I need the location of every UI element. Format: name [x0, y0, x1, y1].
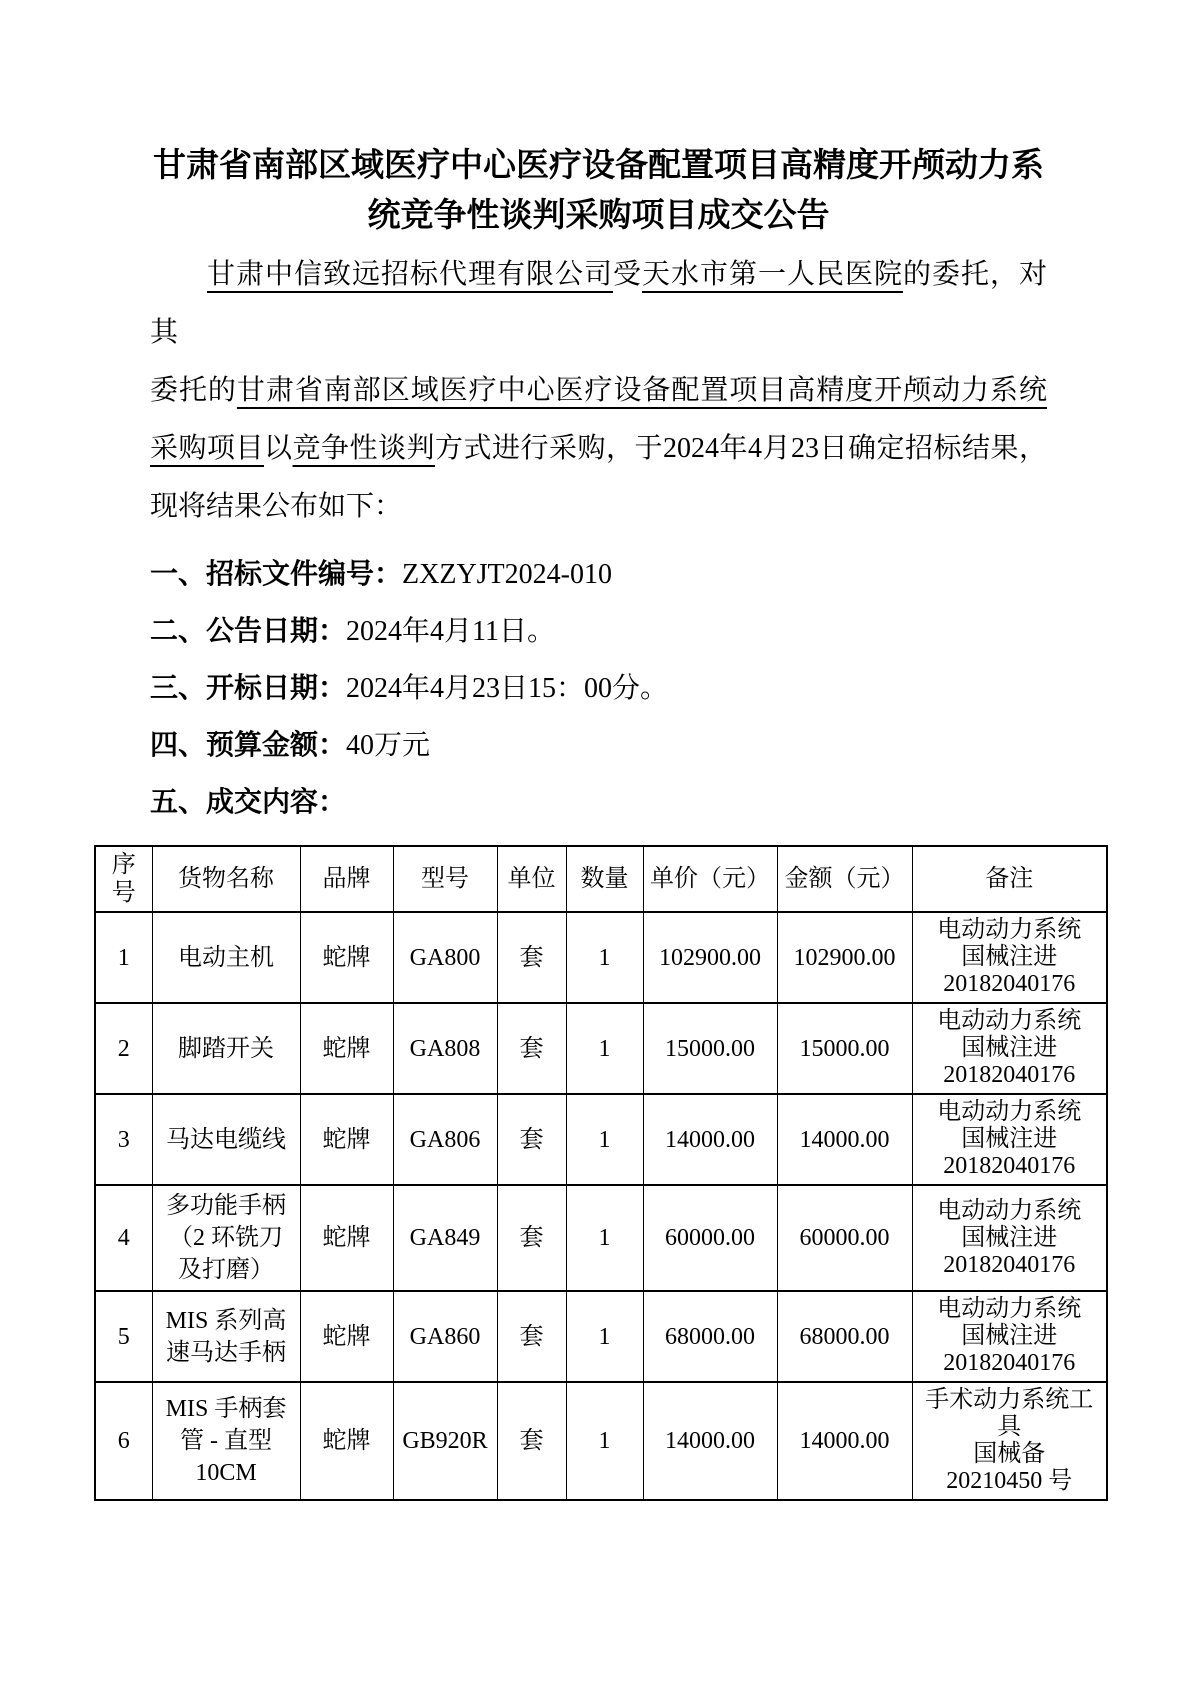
column-header-seq: 序 号	[95, 846, 152, 912]
cell-seq: 4	[95, 1185, 152, 1291]
underlined-text: 采购项目	[150, 433, 264, 464]
plain-text: 委托的	[150, 375, 237, 406]
table-row: 5MIS 系列高 速马达手柄蛇牌GA860套168000.0068000.00电…	[95, 1291, 1107, 1382]
section-value: ZXZYJT2024-010	[402, 559, 612, 590]
cell-unit-price: 60000.00	[643, 1185, 777, 1291]
column-header-brand: 品牌	[300, 846, 393, 912]
cell-unit-price: 14000.00	[643, 1094, 777, 1185]
title-line-2: 统竞争性谈判采购项目成交公告	[150, 190, 1047, 240]
cell-model: GA849	[393, 1185, 497, 1291]
section-label: 一、招标文件编号：	[150, 558, 402, 589]
cell-model: GA800	[393, 912, 497, 1003]
cell-brand: 蛇牌	[300, 1003, 393, 1094]
column-header-remarks: 备注	[912, 846, 1107, 912]
underlined-text: 甘肃省南部区域医疗中心医疗设备配置项目高精度开颅动力系统	[237, 375, 1047, 406]
cell-item-name: 脚踏开关	[152, 1003, 300, 1094]
cell-model: GA860	[393, 1291, 497, 1382]
table-body: 1电动主机蛇牌GA800套1102900.00102900.00电动动力系统 国…	[95, 912, 1107, 1500]
cell-unit: 套	[497, 1291, 566, 1382]
cell-seq: 6	[95, 1382, 152, 1500]
cell-unit: 套	[497, 912, 566, 1003]
cell-amount: 102900.00	[777, 912, 912, 1003]
section-award-content: 五、成交内容：	[150, 764, 1191, 821]
section-label: 三、开标日期：	[150, 672, 346, 703]
cell-quantity: 1	[566, 1003, 643, 1094]
cell-item-name: 电动主机	[152, 912, 300, 1003]
sections: 一、招标文件编号：ZXZYJT2024-010 二、公告日期：2024年4月11…	[150, 536, 1191, 821]
cell-item-name: MIS 手柄套 管 - 直型 10CM	[152, 1382, 300, 1500]
table-header-row: 序 号货物名称品牌型号单位数量单价（元）金额（元）备注	[95, 846, 1107, 912]
intro-line-1: 甘肃中信致远招标代理有限公司受天水市第一人民医院的委托，对其	[150, 246, 1047, 362]
cell-brand: 蛇牌	[300, 912, 393, 1003]
table-row: 4多功能手柄 （2 环铣刀 及打磨）蛇牌GA849套160000.0060000…	[95, 1185, 1107, 1291]
cell-unit: 套	[497, 1382, 566, 1500]
column-header-unit: 单位	[497, 846, 566, 912]
underlined-text: 竞争性谈判	[293, 433, 436, 464]
column-header-item-name: 货物名称	[152, 846, 300, 912]
cell-amount: 15000.00	[777, 1003, 912, 1094]
title-line-1: 甘肃省南部区域医疗中心医疗设备配置项目高精度开颅动力系	[150, 140, 1047, 190]
cell-amount: 14000.00	[777, 1382, 912, 1500]
intro-paragraph: 甘肃中信致远招标代理有限公司受天水市第一人民医院的委托，对其委托的甘肃省南部区域…	[150, 246, 1047, 536]
section-bid-opening-date: 三、开标日期：2024年4月23日15：00分。	[150, 650, 1191, 707]
cell-seq: 2	[95, 1003, 152, 1094]
plain-text: 受	[613, 259, 642, 290]
table-row: 1电动主机蛇牌GA800套1102900.00102900.00电动动力系统 国…	[95, 912, 1107, 1003]
cell-model: GB920R	[393, 1382, 497, 1500]
cell-brand: 蛇牌	[300, 1382, 393, 1500]
intro-line-2: 委托的甘肃省南部区域医疗中心医疗设备配置项目高精度开颅动力系统	[150, 362, 1047, 420]
section-value: 2024年4月11日。	[346, 616, 555, 647]
cell-brand: 蛇牌	[300, 1094, 393, 1185]
cell-amount: 14000.00	[777, 1094, 912, 1185]
cell-brand: 蛇牌	[300, 1291, 393, 1382]
cell-quantity: 1	[566, 1185, 643, 1291]
cell-amount: 68000.00	[777, 1291, 912, 1382]
document-page: 甘肃省南部区域医疗中心医疗设备配置项目高精度开颅动力系 统竞争性谈判采购项目成交…	[0, 0, 1191, 1684]
cell-unit-price: 14000.00	[643, 1382, 777, 1500]
plain-text: 以	[264, 433, 293, 464]
cell-remarks: 手术动力系统工 具 国械备 20210450 号	[912, 1382, 1107, 1500]
section-label: 四、预算金额：	[150, 729, 346, 760]
cell-quantity: 1	[566, 1291, 643, 1382]
award-table: 序 号货物名称品牌型号单位数量单价（元）金额（元）备注 1电动主机蛇牌GA800…	[94, 845, 1108, 1501]
section-label: 五、成交内容：	[150, 786, 346, 817]
document-title: 甘肃省南部区域医疗中心医疗设备配置项目高精度开颅动力系 统竞争性谈判采购项目成交…	[150, 140, 1047, 240]
section-budget-amount: 四、预算金额：40万元	[150, 707, 1191, 764]
cell-unit: 套	[497, 1185, 566, 1291]
section-announcement-date: 二、公告日期：2024年4月11日。	[150, 593, 1191, 650]
cell-seq: 3	[95, 1094, 152, 1185]
column-header-model: 型号	[393, 846, 497, 912]
cell-brand: 蛇牌	[300, 1185, 393, 1291]
plain-text: 方式进行采购，于2024年4月23日确定招标结果，	[435, 433, 1047, 464]
cell-unit: 套	[497, 1003, 566, 1094]
cell-seq: 5	[95, 1291, 152, 1382]
cell-quantity: 1	[566, 1382, 643, 1500]
cell-unit-price: 15000.00	[643, 1003, 777, 1094]
cell-quantity: 1	[566, 912, 643, 1003]
section-tender-doc-number: 一、招标文件编号：ZXZYJT2024-010	[150, 536, 1191, 593]
cell-item-name: 马达电缆线	[152, 1094, 300, 1185]
table-header: 序 号货物名称品牌型号单位数量单价（元）金额（元）备注	[95, 846, 1107, 912]
section-value: 2024年4月23日15：00分。	[346, 673, 668, 704]
intro-line-3: 采购项目以竞争性谈判方式进行采购，于2024年4月23日确定招标结果，	[150, 420, 1047, 478]
underlined-text: 天水市第一人民医院	[642, 259, 903, 290]
cell-model: GA806	[393, 1094, 497, 1185]
underlined-text: 甘肃中信致远招标代理有限公司	[207, 259, 613, 290]
cell-item-name: 多功能手柄 （2 环铣刀 及打磨）	[152, 1185, 300, 1291]
table-row: 6MIS 手柄套 管 - 直型 10CM蛇牌GB920R套114000.0014…	[95, 1382, 1107, 1500]
cell-seq: 1	[95, 912, 152, 1003]
cell-remarks: 电动动力系统 国械注进 20182040176	[912, 1291, 1107, 1382]
section-label: 二、公告日期：	[150, 615, 346, 646]
cell-remarks: 电动动力系统 国械注进 20182040176	[912, 1185, 1107, 1291]
cell-amount: 60000.00	[777, 1185, 912, 1291]
plain-text: 现将结果公布如下：	[150, 491, 402, 522]
column-header-quantity: 数量	[566, 846, 643, 912]
cell-quantity: 1	[566, 1094, 643, 1185]
cell-unit: 套	[497, 1094, 566, 1185]
column-header-amount: 金额（元）	[777, 846, 912, 912]
section-value: 40万元	[346, 730, 430, 761]
column-header-unit-price: 单价（元）	[643, 846, 777, 912]
cell-model: GA808	[393, 1003, 497, 1094]
intro-line-4: 现将结果公布如下：	[150, 478, 1047, 536]
cell-unit-price: 102900.00	[643, 912, 777, 1003]
table-row: 3马达电缆线蛇牌GA806套114000.0014000.00电动动力系统 国械…	[95, 1094, 1107, 1185]
table-row: 2脚踏开关蛇牌GA808套115000.0015000.00电动动力系统 国械注…	[95, 1003, 1107, 1094]
cell-remarks: 电动动力系统 国械注进 20182040176	[912, 1003, 1107, 1094]
cell-remarks: 电动动力系统 国械注进 20182040176	[912, 1094, 1107, 1185]
cell-item-name: MIS 系列高 速马达手柄	[152, 1291, 300, 1382]
cell-unit-price: 68000.00	[643, 1291, 777, 1382]
cell-remarks: 电动动力系统 国械注进 20182040176	[912, 912, 1107, 1003]
